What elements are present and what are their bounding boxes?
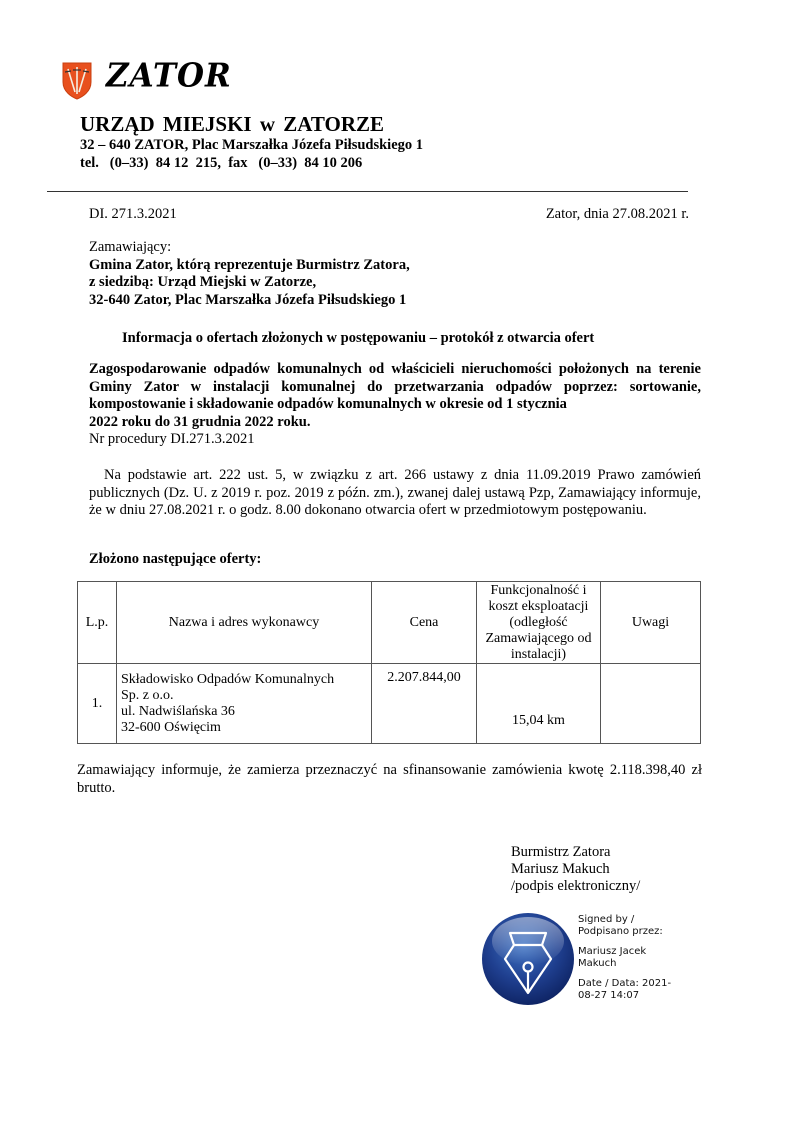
- header-name: Nazwa i adres wykonawcy: [117, 582, 372, 664]
- signer-name: Mariusz Makuch: [511, 861, 640, 878]
- contractor-line: 32-600 Oświęcim: [121, 720, 367, 736]
- subject-text: Zagospodarowanie odpadów komunalnych od …: [89, 361, 701, 414]
- buyer-line: 32-640 Zator, Plac Marszałka Józefa Piłs…: [89, 292, 410, 310]
- cell-notes: [601, 664, 701, 744]
- budget-note: Zamawiający informuje, że zamierza przez…: [77, 762, 702, 797]
- signature-block: Burmistrz Zatora Mariusz Makuch /podpis …: [511, 844, 640, 895]
- header-notes: Uwagi: [601, 582, 701, 664]
- document-reference: DI. 271.3.2021: [89, 206, 177, 223]
- buyer-line: Gmina Zator, którą reprezentuje Burmistr…: [89, 257, 410, 275]
- e-signature-pen-icon: [480, 911, 576, 1007]
- header-lp: L.p.: [78, 582, 117, 664]
- buyer-block: Zamawiający: Gmina Zator, którą reprezen…: [89, 239, 410, 309]
- document-date: Zator, dnia 27.08.2021 r.: [546, 206, 689, 223]
- subject-text-end: 2022 roku do 31 grudnia 2022 roku.: [89, 414, 701, 432]
- office-address: 32 – 640 ZATOR, Plac Marszałka Józefa Pi…: [80, 137, 423, 154]
- signature-note: /podpis elektroniczny/: [511, 878, 640, 895]
- stamp-signed-by: Signed by /: [578, 914, 671, 926]
- logo-wordmark: ZATOR: [106, 57, 232, 95]
- stamp-signer: Mariusz Jacek: [578, 946, 671, 958]
- table-row: 1. Składowisko Odpadów Komunalnych Sp. z…: [78, 664, 701, 744]
- offers-table: L.p. Nazwa i adres wykonawcy Cena Funkcj…: [77, 581, 701, 744]
- contractor-line: ul. Nadwiślańska 36: [121, 704, 367, 720]
- zator-crest-icon: [62, 62, 92, 100]
- header-functionality: Funkcjonalność i koszt eksploatacji (odl…: [477, 582, 601, 664]
- cell-price: 2.207.844,00: [372, 664, 477, 744]
- buyer-line: z siedzibą: Urząd Miejski w Zatorze,: [89, 274, 410, 292]
- header-func-line: Zamawiającego od: [481, 631, 596, 647]
- header-func-line: instalacji): [481, 647, 596, 663]
- procedure-number: Nr procedury DI.271.3.2021: [89, 431, 255, 448]
- table-header-row: L.p. Nazwa i adres wykonawcy Cena Funkcj…: [78, 582, 701, 664]
- cell-lp: 1.: [78, 664, 117, 744]
- buyer-label: Zamawiający:: [89, 239, 410, 257]
- header-price: Cena: [372, 582, 477, 664]
- procurement-subject: Zagospodarowanie odpadów komunalnych od …: [89, 361, 701, 431]
- legal-basis-paragraph: Na podstawie art. 222 ust. 5, w związku …: [89, 467, 701, 520]
- header-func-line: koszt eksploatacji: [481, 599, 596, 615]
- signer-title: Burmistrz Zatora: [511, 844, 640, 861]
- contractor-line: Sp. z o.o.: [121, 688, 367, 704]
- info-title: Informacja o ofertach złożonych w postęp…: [122, 330, 594, 347]
- offers-heading: Złożono następujące oferty:: [89, 551, 261, 568]
- cell-contractor: Składowisko Odpadów Komunalnych Sp. z o.…: [117, 664, 372, 744]
- stamp-signer: Makuch: [578, 958, 671, 970]
- header-func-line: Funkcjonalność i: [481, 583, 596, 599]
- office-name: URZĄD MIEJSKI w ZATORZE: [80, 112, 384, 137]
- stamp-signed-by: Podpisano przez:: [578, 926, 671, 938]
- office-contact: tel. (0–33) 84 12 215, fax (0–33) 84 10 …: [80, 155, 362, 172]
- cell-distance: 15,04 km: [477, 664, 601, 744]
- header-divider: [47, 191, 688, 192]
- signature-stamp: Signed by / Podpisano przez: Mariusz Jac…: [578, 914, 671, 1001]
- contractor-line: Składowisko Odpadów Komunalnych: [121, 672, 367, 688]
- stamp-date: 08-27 14:07: [578, 990, 671, 1002]
- stamp-date: Date / Data: 2021-: [578, 978, 671, 990]
- header-func-line: (odległość: [481, 615, 596, 631]
